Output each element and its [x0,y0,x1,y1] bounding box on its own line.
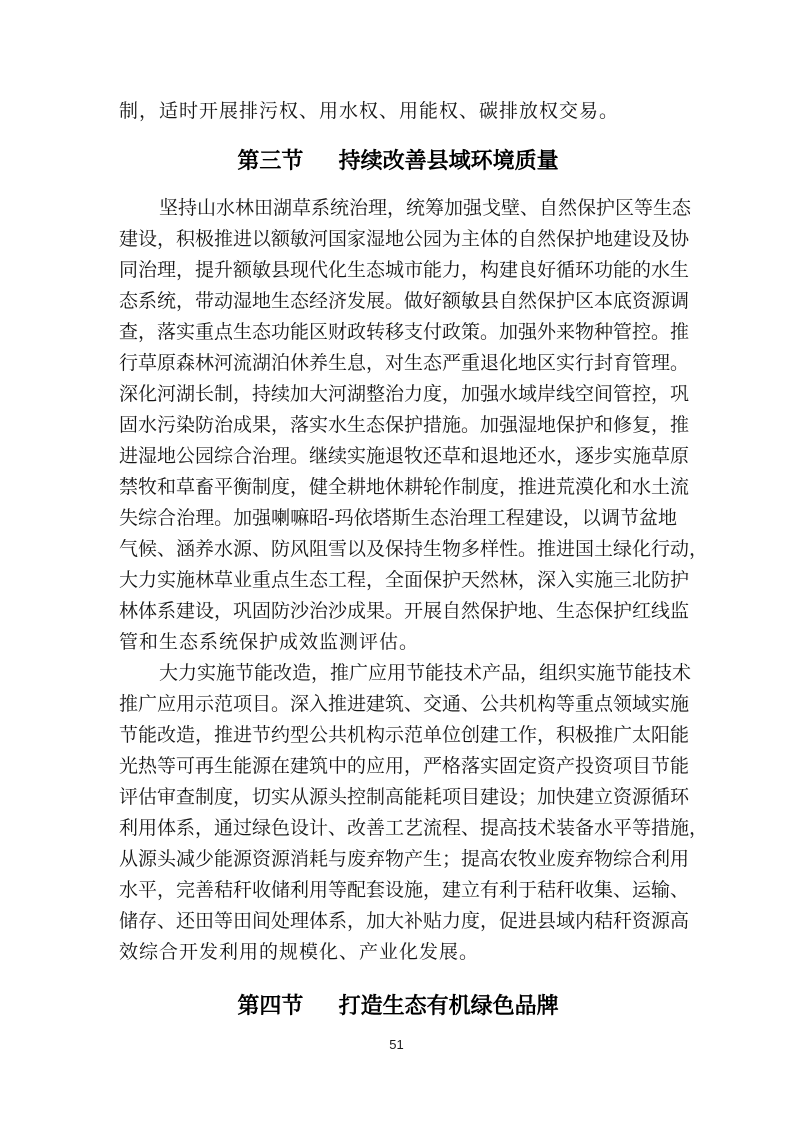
text-line: 从源头减少能源资源消耗与废弃物产生；提高农牧业废弃物综合利用 [119,844,677,875]
paragraph-2: 大力实施节能改造，推广应用节能技术产品，组织实施节能技术推广应用示范项目。深入推… [119,658,677,968]
text-line: 失综合治理。加强喇嘛昭-玛依塔斯生态治理工程建设，以调节盆地 [119,503,677,534]
text-line: 管和生态系统保护成效监测评估。 [119,627,677,658]
text-line: 坚持山水林田湖草系统治理，统筹加强戈壁、自然保护区等生态 [119,193,677,224]
text-line: 节能改造，推进节约型公共机构示范单位创建工作，积极推广太阳能 [119,720,677,751]
text-line: 评估审查制度，切实从源头控制高能耗项目建设；加快建立资源循环 [119,782,677,813]
text-line: 建设，积极推进以额敏河国家湿地公园为主体的自然保护地建设及协 [119,224,677,255]
text-line: 林体系建设，巩固防沙治沙成果。开展自然保护地、生态保护红线监 [119,596,677,627]
text-line: 大力实施林草业重点生态工程，全面保护天然林，深入实施三北防护 [119,565,677,596]
section-4-title: 打造生态有机绿色品牌 [339,993,559,1018]
text-line: 固水污染防治成果，落实水生态保护措施。加强湿地保护和修复，推 [119,410,677,441]
section-3-number: 第三节 [237,148,303,173]
text-line: 态系统，带动湿地生态经济发展。做好额敏县自然保护区本底资源调 [119,286,677,317]
text-line: 气候、涵养水源、防风阻雪以及保持生物多样性。推进国土绿化行动， [119,534,677,565]
text-line: 利用体系，通过绿色设计、改善工艺流程、提高技术装备水平等措施， [119,813,677,844]
section-3-heading: 第三节持续改善县域环境质量 [119,147,677,175]
document-content: 制，适时开展排污权、用水权、用能权、碳排放权交易。 第三节持续改善县域环境质量 … [119,96,677,1038]
text-line: 行草原森林河流湖泊休养生息，对生态严重退化地区实行封育管理。 [119,348,677,379]
document-page: 制，适时开展排污权、用水权、用能权、碳排放权交易。 第三节持续改善县域环境质量 … [0,0,793,1122]
text-line: 查，落实重点生态功能区财政转移支付政策。加强外来物种管控。推 [119,317,677,348]
text-line: 效综合开发利用的规模化、产业化发展。 [119,937,677,968]
section-4-heading: 第四节打造生态有机绿色品牌 [119,992,677,1020]
text-line: 禁牧和草畜平衡制度，健全耕地休耕轮作制度，推进荒漠化和水土流 [119,472,677,503]
text-line: 推广应用示范项目。深入推进建筑、交通、公共机构等重点领域实施 [119,689,677,720]
paragraph-1: 坚持山水林田湖草系统治理，统筹加强戈壁、自然保护区等生态建设，积极推进以额敏河国… [119,193,677,658]
text-line: 水平，完善秸秆收储利用等配套设施，建立有利于秸秆收集、运输、 [119,875,677,906]
text-line: 同治理，提升额敏县现代化生态城市能力，构建良好循环功能的水生 [119,255,677,286]
text-line: 大力实施节能改造，推广应用节能技术产品，组织实施节能技术 [119,658,677,689]
text-line: 光热等可再生能源在建筑中的应用，严格落实固定资产投资项目节能 [119,751,677,782]
section-3-title: 持续改善县域环境质量 [339,148,559,173]
page-number: 51 [0,1037,793,1052]
section-4-number: 第四节 [237,993,303,1018]
text-line: 深化河湖长制，持续加大河湖整治力度，加强水域岸线空间管控，巩 [119,379,677,410]
text-line: 储存、还田等田间处理体系，加大补贴力度，促进县域内秸秆资源高 [119,906,677,937]
continuation-line: 制，适时开展排污权、用水权、用能权、碳排放权交易。 [119,96,677,127]
text-line: 进湿地公园综合治理。继续实施退牧还草和退地还水，逐步实施草原 [119,441,677,472]
